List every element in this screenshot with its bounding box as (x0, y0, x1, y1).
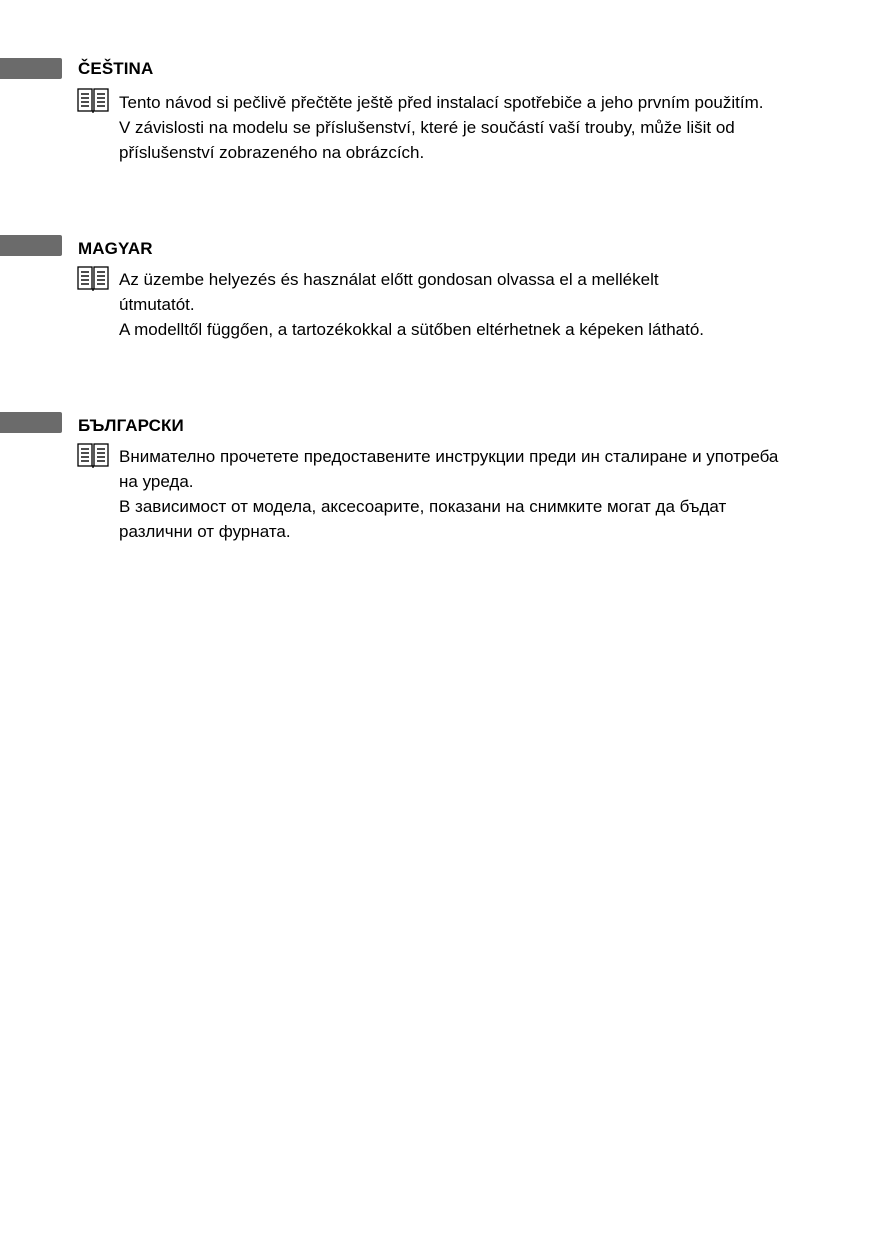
instruction-text: Внимателно прочетете предоставените инст… (119, 444, 799, 544)
paragraph-accessories-note: В зависимост от модела, аксесоарите, пок… (119, 494, 799, 544)
language-tab-marker (0, 58, 62, 79)
paragraph-read-manual: Az üzembe helyezés és használat előtt go… (119, 267, 729, 317)
paragraph-read-manual: Tento návod si pečlivě přečtěte ještě př… (119, 90, 819, 115)
manual-book-icon (77, 266, 109, 292)
instruction-text: Az üzembe helyezés és használat előtt go… (119, 267, 729, 342)
manual-book-icon (77, 88, 109, 114)
paragraph-read-manual: Внимателно прочетете предоставените инст… (119, 444, 799, 494)
language-heading: БЪЛГАРСКИ (78, 415, 184, 436)
instruction-text: Tento návod si pečlivě přečtěte ještě př… (119, 90, 819, 165)
language-heading: ČEŠTINA (78, 58, 153, 79)
language-heading: MAGYAR (78, 238, 153, 259)
paragraph-accessories-note: V závislosti na modelu se příslušenství,… (119, 115, 819, 165)
manual-book-icon (77, 443, 109, 469)
language-tab-marker (0, 412, 62, 433)
language-tab-marker (0, 235, 62, 256)
paragraph-accessories-note: A modelltől függően, a tartozékokkal a s… (119, 317, 819, 342)
